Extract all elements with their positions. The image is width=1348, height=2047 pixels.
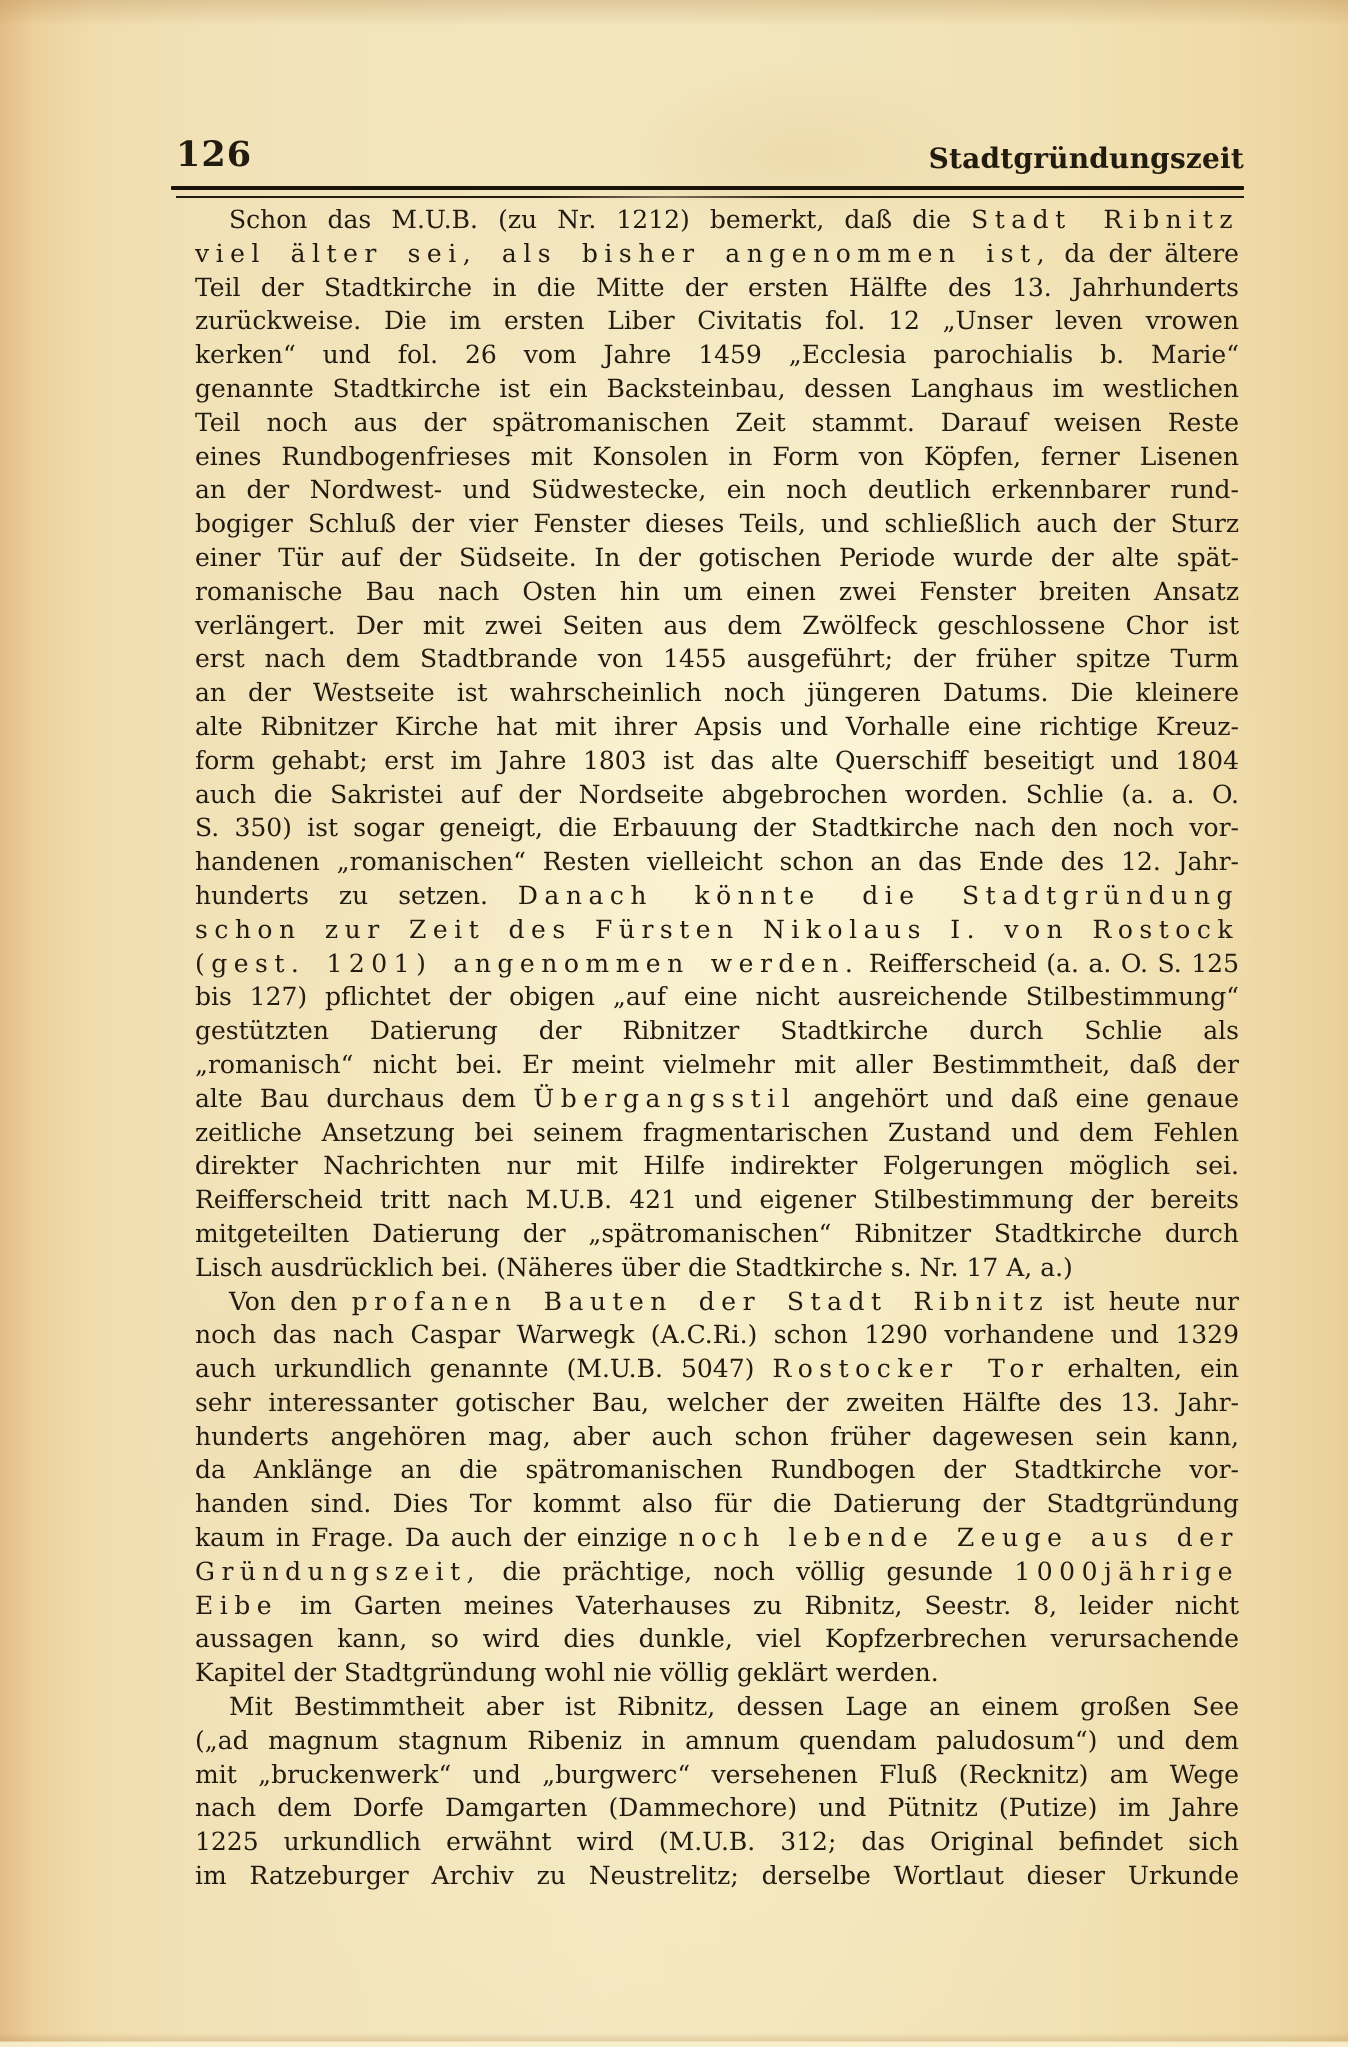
- text-line: romanische Bau nach Osten hin um einen z…: [195, 575, 1239, 609]
- text-segment: hunderts zu setzen.: [195, 881, 518, 910]
- letterspaced-text: Rostocker Tor: [772, 1354, 1049, 1383]
- text-line: alte Bau durchaus dem Übergangsstil ange…: [195, 1082, 1239, 1116]
- text-segment: S. 350) ist sogar geneigt, die Erbauung …: [195, 813, 1239, 842]
- text-segment: form gehabt; erst im Jahre 1803 ist das …: [195, 746, 1239, 775]
- letterspaced-text: viel älter sei, als bisher angenommen is…: [195, 239, 1051, 268]
- letterspaced-text: Gründungszeit,: [195, 1557, 481, 1586]
- text-segment: mit „bruckenwerk“ und „burgwerc“ versehe…: [195, 1760, 1239, 1789]
- text-line: an der Nordwest- und Südwestecke, ein no…: [195, 473, 1239, 507]
- text-line: gestützten Datierung der Ribnitzer Stadt…: [195, 1014, 1239, 1048]
- text-segment: sehr interessanter gotischer Bau, welche…: [195, 1388, 1239, 1417]
- text-segment: da Anklänge an die spätromanischen Rundb…: [195, 1455, 1239, 1484]
- text-line: handen sind. Dies Tor kommt also für die…: [195, 1487, 1239, 1521]
- text-line: Gründungszeit, die prächtige, noch völli…: [195, 1555, 1239, 1589]
- text-line: „romanisch“ nicht bei. Er meint vielmehr…: [195, 1048, 1239, 1082]
- text-line: aussagen kann, so wird dies dunkle, viel…: [195, 1622, 1239, 1656]
- text-segment: gestützten Datierung der Ribnitzer Stadt…: [195, 1016, 1239, 1045]
- text-line: zeitliche Ansetzung bei seinem fragmenta…: [195, 1116, 1239, 1150]
- book-page: 126 Stadtgründungszeit Schon das M.U.B. …: [0, 0, 1348, 2047]
- text-segment: auch die Sakristei auf der Nordseite abg…: [195, 780, 1239, 809]
- text-segment: da der ältere: [1051, 239, 1239, 268]
- text-line: Eibe im Garten meines Vaterhauses zu Rib…: [195, 1589, 1239, 1623]
- letterspaced-text: (gest. 1201) angenommen werden.: [195, 949, 859, 978]
- text-segment: erst nach dem Stadtbrande von 1455 ausge…: [195, 644, 1239, 673]
- text-segment: kaum in Frage. Da auch der einzige: [195, 1523, 679, 1552]
- text-line: Teil noch aus der spätromanischen Zeit s…: [195, 406, 1239, 440]
- text-segment: Schon das M.U.B. (zu Nr. 1212) bemerkt, …: [229, 205, 971, 234]
- text-segment: zurückweise. Die im ersten Liber Civitat…: [195, 306, 1239, 335]
- text-line: bogiger Schluß der vier Fenster dieses T…: [195, 507, 1239, 541]
- paragraph: Schon das M.U.B. (zu Nr. 1212) bemerkt, …: [195, 203, 1239, 1285]
- text-line: genannte Stadtkirche ist ein Backsteinba…: [195, 372, 1239, 406]
- header-rule-thick: [171, 186, 1244, 190]
- page-number: 126: [176, 134, 252, 175]
- text-line: S. 350) ist sogar geneigt, die Erbauung …: [195, 811, 1239, 845]
- text-segment: auch urkundlich genannte (M.U.B. 5047): [195, 1354, 772, 1383]
- text-segment: alte Ribnitzer Kirche hat mit ihrer Apsi…: [195, 712, 1239, 741]
- letterspaced-text: Übergangsstil: [533, 1084, 796, 1113]
- text-segment: genannte Stadtkirche ist ein Backsteinba…: [195, 374, 1239, 403]
- text-segment: ist heute nur: [1049, 1287, 1239, 1316]
- text-segment: nach dem Dorfe Damgarten (Dammechore) un…: [195, 1793, 1239, 1822]
- text-line: form gehabt; erst im Jahre 1803 ist das …: [195, 744, 1239, 778]
- text-segment: direkter Nachrichten nur mit Hilfe indir…: [195, 1151, 1239, 1180]
- paragraph: Mit Bestimmtheit aber ist Ribnitz, desse…: [195, 1690, 1239, 1893]
- text-line: kerken“ und fol. 26 vom Jahre 1459 „Eccl…: [195, 338, 1239, 372]
- text-segment: die prächtige, noch völlig gesunde: [481, 1557, 1014, 1586]
- text-line: hunderts angehören mag, aber auch schon …: [195, 1420, 1239, 1454]
- text-segment: noch das nach Caspar Warwegk (A.C.Ri.) s…: [195, 1320, 1239, 1349]
- text-segment: 1225 urkundlich erwähnt wird (M.U.B. 312…: [195, 1827, 1239, 1856]
- text-line: direkter Nachrichten nur mit Hilfe indir…: [195, 1149, 1239, 1183]
- text-segment: angehört und daß eine genaue: [796, 1084, 1239, 1113]
- header-rule-thin: [176, 196, 1244, 198]
- text-line: schon zur Zeit des Fürsten Nikolaus I. v…: [195, 913, 1239, 947]
- text-line: mitgeteilten Datierung der „spätromanisc…: [195, 1217, 1239, 1251]
- text-line: Von den profanen Bauten der Stadt Ribnit…: [195, 1285, 1239, 1319]
- letterspaced-text: Eibe: [195, 1591, 278, 1620]
- text-line: an der Westseite ist wahrscheinlich noch…: [195, 676, 1239, 710]
- text-line: mit „bruckenwerk“ und „burgwerc“ versehe…: [195, 1758, 1239, 1792]
- text-segment: eines Rundbogenfrieses mit Konsolen in F…: [195, 442, 1239, 471]
- text-line: sehr interessanter gotischer Bau, welche…: [195, 1386, 1239, 1420]
- running-head: Stadtgründungszeit: [929, 142, 1244, 175]
- text-line: auch die Sakristei auf der Nordseite abg…: [195, 778, 1239, 812]
- text-segment: einer Tür auf der Südseite. In der gotis…: [195, 543, 1239, 572]
- letterspaced-text: 1000jährige: [1014, 1557, 1239, 1586]
- text-line: kaum in Frage. Da auch der einzige noch …: [195, 1521, 1239, 1555]
- text-segment: bogiger Schluß der vier Fenster dieses T…: [195, 509, 1239, 538]
- text-segment: handen sind. Dies Tor kommt also für die…: [195, 1489, 1239, 1518]
- text-line: 1225 urkundlich erwähnt wird (M.U.B. 312…: [195, 1825, 1239, 1859]
- text-segment: verlängert. Der mit zwei Seiten aus dem …: [195, 611, 1239, 640]
- text-block: Schon das M.U.B. (zu Nr. 1212) bemerkt, …: [195, 203, 1239, 1893]
- text-segment: kerken“ und fol. 26 vom Jahre 1459 „Eccl…: [195, 340, 1239, 369]
- text-line: da Anklänge an die spätromanischen Rundb…: [195, 1453, 1239, 1487]
- text-line: Schon das M.U.B. (zu Nr. 1212) bemerkt, …: [195, 203, 1239, 237]
- text-segment: aussagen kann, so wird dies dunkle, viel…: [195, 1624, 1239, 1653]
- letterspaced-text: profanen Bauten der Stadt Ribnitz: [352, 1287, 1049, 1316]
- text-segment: Kapitel der Stadtgründung wohl nie völli…: [195, 1658, 939, 1687]
- text-line: im Ratzeburger Archiv zu Neustrelitz; de…: [195, 1859, 1239, 1893]
- text-line: Kapitel der Stadtgründung wohl nie völli…: [195, 1656, 1239, 1690]
- text-line: verlängert. Der mit zwei Seiten aus dem …: [195, 609, 1239, 643]
- text-line: einer Tür auf der Südseite. In der gotis…: [195, 541, 1239, 575]
- letterspaced-text: noch lebende Zeuge aus der: [679, 1523, 1239, 1552]
- text-segment: Lisch ausdrücklich bei. (Näheres über di…: [195, 1253, 1073, 1282]
- text-segment: erhalten, ein: [1049, 1354, 1239, 1383]
- text-segment: Teil der Stadtkirche in die Mitte der er…: [195, 273, 1239, 302]
- text-segment: handenen „romanischen“ Resten vielleicht…: [195, 847, 1239, 876]
- text-segment: Reifferscheid (a. a. O. S. 125: [859, 949, 1239, 978]
- paragraph: Von den profanen Bauten der Stadt Ribnit…: [195, 1285, 1239, 1691]
- text-segment: alte Bau durchaus dem: [195, 1084, 533, 1113]
- text-segment: bis 127) pflichtet der obigen „auf eine …: [195, 982, 1239, 1011]
- text-segment: („ad magnum stagnum Ribeniz in amnum que…: [195, 1726, 1239, 1755]
- text-line: Teil der Stadtkirche in die Mitte der er…: [195, 271, 1239, 305]
- text-segment: im Garten meines Vaterhauses zu Ribnitz,…: [278, 1591, 1239, 1620]
- text-line: alte Ribnitzer Kirche hat mit ihrer Apsi…: [195, 710, 1239, 744]
- text-segment: „romanisch“ nicht bei. Er meint vielmehr…: [195, 1050, 1239, 1079]
- text-segment: romanische Bau nach Osten hin um einen z…: [195, 577, 1239, 606]
- text-segment: mitgeteilten Datierung der „spätromanisc…: [195, 1219, 1239, 1248]
- text-segment: im Ratzeburger Archiv zu Neustrelitz; de…: [195, 1861, 1239, 1890]
- text-line: Lisch ausdrücklich bei. (Näheres über di…: [195, 1251, 1239, 1285]
- letterspaced-text: Danach könnte die Stadtgründung: [518, 881, 1239, 910]
- text-segment: Teil noch aus der spätromanischen Zeit s…: [195, 408, 1239, 437]
- text-segment: hunderts angehören mag, aber auch schon …: [195, 1422, 1239, 1451]
- text-line: bis 127) pflichtet der obigen „auf eine …: [195, 980, 1239, 1014]
- letterspaced-text: Stadt Ribnitz: [971, 205, 1239, 234]
- text-segment: zeitliche Ansetzung bei seinem fragmenta…: [195, 1118, 1239, 1147]
- text-line: auch urkundlich genannte (M.U.B. 5047) R…: [195, 1352, 1239, 1386]
- text-line: eines Rundbogenfrieses mit Konsolen in F…: [195, 440, 1239, 474]
- text-segment: an der Westseite ist wahrscheinlich noch…: [195, 678, 1239, 707]
- text-line: erst nach dem Stadtbrande von 1455 ausge…: [195, 642, 1239, 676]
- text-segment: Von den: [229, 1287, 352, 1316]
- text-line: zurückweise. Die im ersten Liber Civitat…: [195, 304, 1239, 338]
- text-line: viel älter sei, als bisher angenommen is…: [195, 237, 1239, 271]
- letterspaced-text: schon zur Zeit des Fürsten Nikolaus I. v…: [195, 915, 1239, 944]
- text-line: (gest. 1201) angenommen werden. Reiffers…: [195, 947, 1239, 981]
- text-segment: Mit Bestimmtheit aber ist Ribnitz, desse…: [229, 1692, 1239, 1721]
- text-line: hunderts zu setzen. Danach könnte die St…: [195, 879, 1239, 913]
- text-segment: Reifferscheid tritt nach M.U.B. 421 und …: [195, 1185, 1239, 1214]
- text-line: Mit Bestimmtheit aber ist Ribnitz, desse…: [195, 1690, 1239, 1724]
- text-line: noch das nach Caspar Warwegk (A.C.Ri.) s…: [195, 1318, 1239, 1352]
- text-segment: an der Nordwest- und Südwestecke, ein no…: [195, 475, 1239, 504]
- text-line: nach dem Dorfe Damgarten (Dammechore) un…: [195, 1791, 1239, 1825]
- text-line: Reifferscheid tritt nach M.U.B. 421 und …: [195, 1183, 1239, 1217]
- text-line: („ad magnum stagnum Ribeniz in amnum que…: [195, 1724, 1239, 1758]
- text-line: handenen „romanischen“ Resten vielleicht…: [195, 845, 1239, 879]
